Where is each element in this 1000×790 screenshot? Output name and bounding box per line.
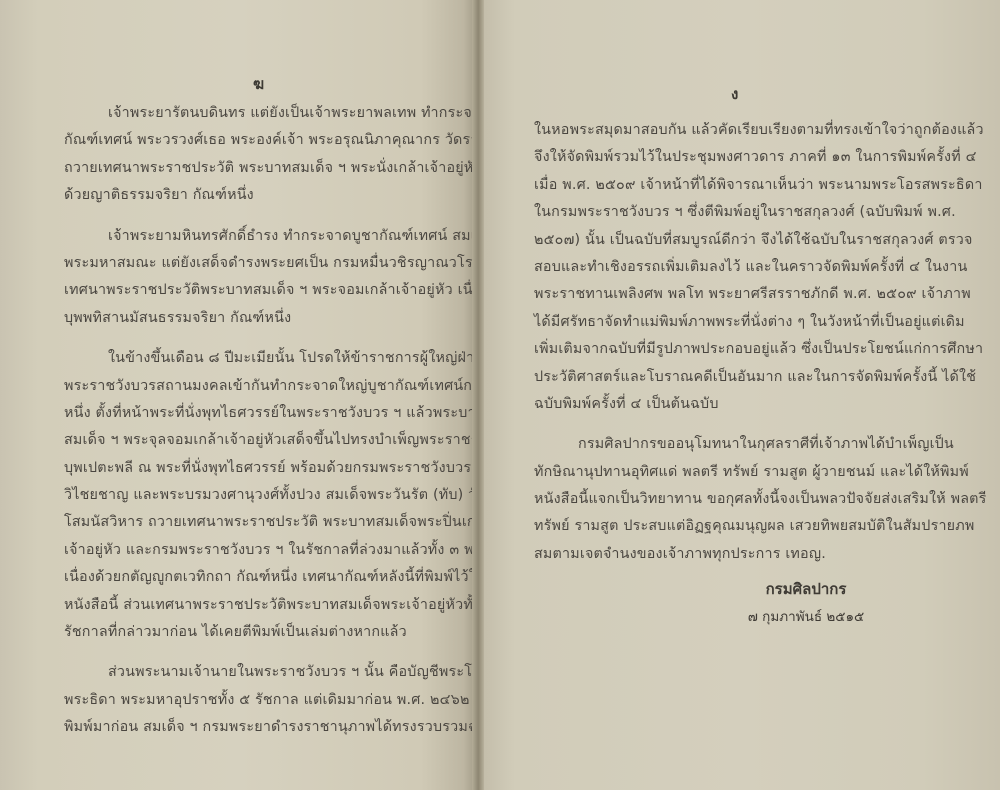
text-line: ในหอพระสมุดมาสอบกัน แล้วคัดเรียบเรียงตาม… <box>534 117 954 144</box>
text-line: ได้มีศรัทธาจัดทำแม่พิมพ์ภาพพระที่นั่งต่า… <box>534 309 954 336</box>
text-line: พิมพ์มาก่อน สมเด็จ ฯ กรมพระยาดำรงราชานุภ… <box>64 714 474 741</box>
text-line: ในกรมพระราชวังบวร ฯ ซึ่งตีพิมพ์อยู่ในราช… <box>534 199 954 226</box>
text-line: บุพเปตะพลี ณ พระที่นั่งพุทไธศวรรย์ พร้อม… <box>64 455 474 482</box>
text-line: เมื่อ พ.ศ. ๒๕๐๙ เจ้าหน้าที่ได้พิจารณาเห็… <box>534 172 954 199</box>
signature-block: กรมศิลปากร ๗ กุมภาพันธ์ ๒๕๑๕ <box>721 577 891 627</box>
paragraph: เจ้าพระยารัตนบดินทร แต่ยังเป็นเจ้าพระยาพ… <box>64 100 474 210</box>
page-number: ฆ <box>253 72 264 96</box>
text-line: จึงให้จัดพิมพ์รวมไว้ในประชุมพงศาวดาร ภาค… <box>534 144 954 171</box>
left-page: ฆ เจ้าพระยารัตนบดินทร แต่ยังเป็นเจ้าพระย… <box>0 0 478 790</box>
text-line: ทรัพย์ รามสูต ประสบแต่อิฏฐคุณมนุญผล เสวย… <box>534 513 954 540</box>
page-number: ง <box>731 82 738 106</box>
text-line: สอบและทำเชิงอรรถเพิ่มเติมลงไว้ และในคราว… <box>534 254 954 281</box>
text-line: ฉบับพิมพ์ครั้งที่ ๔ เป็นต้นฉบับ <box>534 391 954 418</box>
signatory-name: กรมศิลปากร <box>721 577 891 605</box>
text-line: หนึ่ง ตั้งที่หน้าพระที่นั่งพุทไธศวรรย์ใน… <box>64 400 474 427</box>
text-line: วิไชยชาญ และพระบรมวงศานุวงศ์ทั้งปวง สมเด… <box>64 482 474 509</box>
right-page: ง ในหอพระสมุดมาสอบกัน แล้วคัดเรียบเรียงต… <box>484 0 1000 790</box>
paragraph: ในข้างขึ้นเดือน ๘ ปีมะเมียนั้น โปรดให้ข้… <box>64 345 474 646</box>
text-line: ๒๕๐๗) นั้น เป็นฉบับที่สมบูรณ์ดีกว่า จึงไ… <box>534 227 954 254</box>
text-line: เทศนาพระราชประวัติพระบาทสมเด็จ ฯ พระจอมเ… <box>64 277 474 304</box>
paragraph: เจ้าพระยามหินทรศักดิ์ธำรง ทำกระจาดบูชากั… <box>64 223 474 333</box>
text-line: กรมศิลปากรขออนุโมทนาในกุศลราศีที่เจ้าภาพ… <box>534 431 954 458</box>
text-line: หนังสือนี้ ส่วนเทศนาพระราชประวัติพระบาทส… <box>64 592 474 619</box>
text-line: เนื่องด้วยกตัญญูกตเวทิกถา กัณฑ์หนึ่ง เทศ… <box>64 564 474 591</box>
text-line: ถวายเทศนาพระราชประวัติ พระบาทสมเด็จ ฯ พร… <box>64 155 474 182</box>
paragraph: ในหอพระสมุดมาสอบกัน แล้วคัดเรียบเรียงตาม… <box>534 117 954 418</box>
text-line: ประวัติศาสตร์และโบราณคดีเป็นอันมาก และใน… <box>534 364 954 391</box>
paragraph: กรมศิลปากรขออนุโมทนาในกุศลราศีที่เจ้าภาพ… <box>534 431 954 568</box>
body-text: ในหอพระสมุดมาสอบกัน แล้วคัดเรียบเรียงตาม… <box>534 117 954 568</box>
text-line: เจ้าพระยามหินทรศักดิ์ธำรง ทำกระจาดบูชากั… <box>64 223 474 250</box>
text-line: บุพพทิสานมัสนธรรมจริยา กัณฑ์หนึ่ง <box>64 305 474 332</box>
text-line: สมตามเจตจำนงของเจ้าภาพทุกประการ เทอญ. <box>534 541 954 568</box>
text-line: โสมนัสวิหาร ถวายเทศนาพระราชประวัติ พระบา… <box>64 509 474 536</box>
text-line: พระธิดา พระมหาอุปราชทั้ง ๕ รัชกาล แต่เดิ… <box>64 687 474 714</box>
body-text: เจ้าพระยารัตนบดินทร แต่ยังเป็นเจ้าพระยาพ… <box>64 100 474 742</box>
text-line: ด้วยญาติธรรมจริยา กัณฑ์หนึ่ง <box>64 182 474 209</box>
text-line: รัชกาลที่กล่าวมาก่อน ได้เคยตีพิมพ์เป็นเล… <box>64 619 474 646</box>
book-spread: ฆ เจ้าพระยารัตนบดินทร แต่ยังเป็นเจ้าพระย… <box>0 0 1000 790</box>
text-line: สมเด็จ ฯ พระจุลจอมเกล้าเจ้าอยู่หัวเสด็จข… <box>64 427 474 454</box>
text-line: เจ้าพระยารัตนบดินทร แต่ยังเป็นเจ้าพระยาพ… <box>64 100 474 127</box>
text-line: หนังสือนี้แจกเป็นวิทยาทาน ขอกุศลทั้งนี้จ… <box>534 486 954 513</box>
paragraph: ส่วนพระนามเจ้านายในพระราชวังบวร ฯ นั้น ค… <box>64 659 474 741</box>
text-line: พระราชทานเพลิงศพ พลโท พระยาศรีสรราชภักดี… <box>534 281 954 308</box>
text-line: ในข้างขึ้นเดือน ๘ ปีมะเมียนั้น โปรดให้ข้… <box>64 345 474 372</box>
text-line: เพิ่มเติมจากฉบับที่มีรูปภาพประกอบอยู่แล้… <box>534 336 954 363</box>
text-line: กัณฑ์เทศน์ พระวรวงศ์เธอ พระองค์เจ้า พระอ… <box>64 127 474 154</box>
signature-date: ๗ กุมภาพันธ์ ๒๕๑๕ <box>721 605 891 627</box>
text-line: พระมหาสมณะ แต่ยังเสด็จดำรงพระยศเป็น กรมห… <box>64 250 474 277</box>
text-line: ทักษิณานุปทานอุทิศแด่ พลตรี ทรัพย์ รามสู… <box>534 459 954 486</box>
text-line: ส่วนพระนามเจ้านายในพระราชวังบวร ฯ นั้น ค… <box>64 659 474 686</box>
text-line: พระราชวังบวรสถานมงคลเข้ากันทำกระจาดใหญ่บ… <box>64 373 474 400</box>
text-line: เจ้าอยู่หัว และกรมพระราชวังบวร ฯ ในรัชกา… <box>64 537 474 564</box>
